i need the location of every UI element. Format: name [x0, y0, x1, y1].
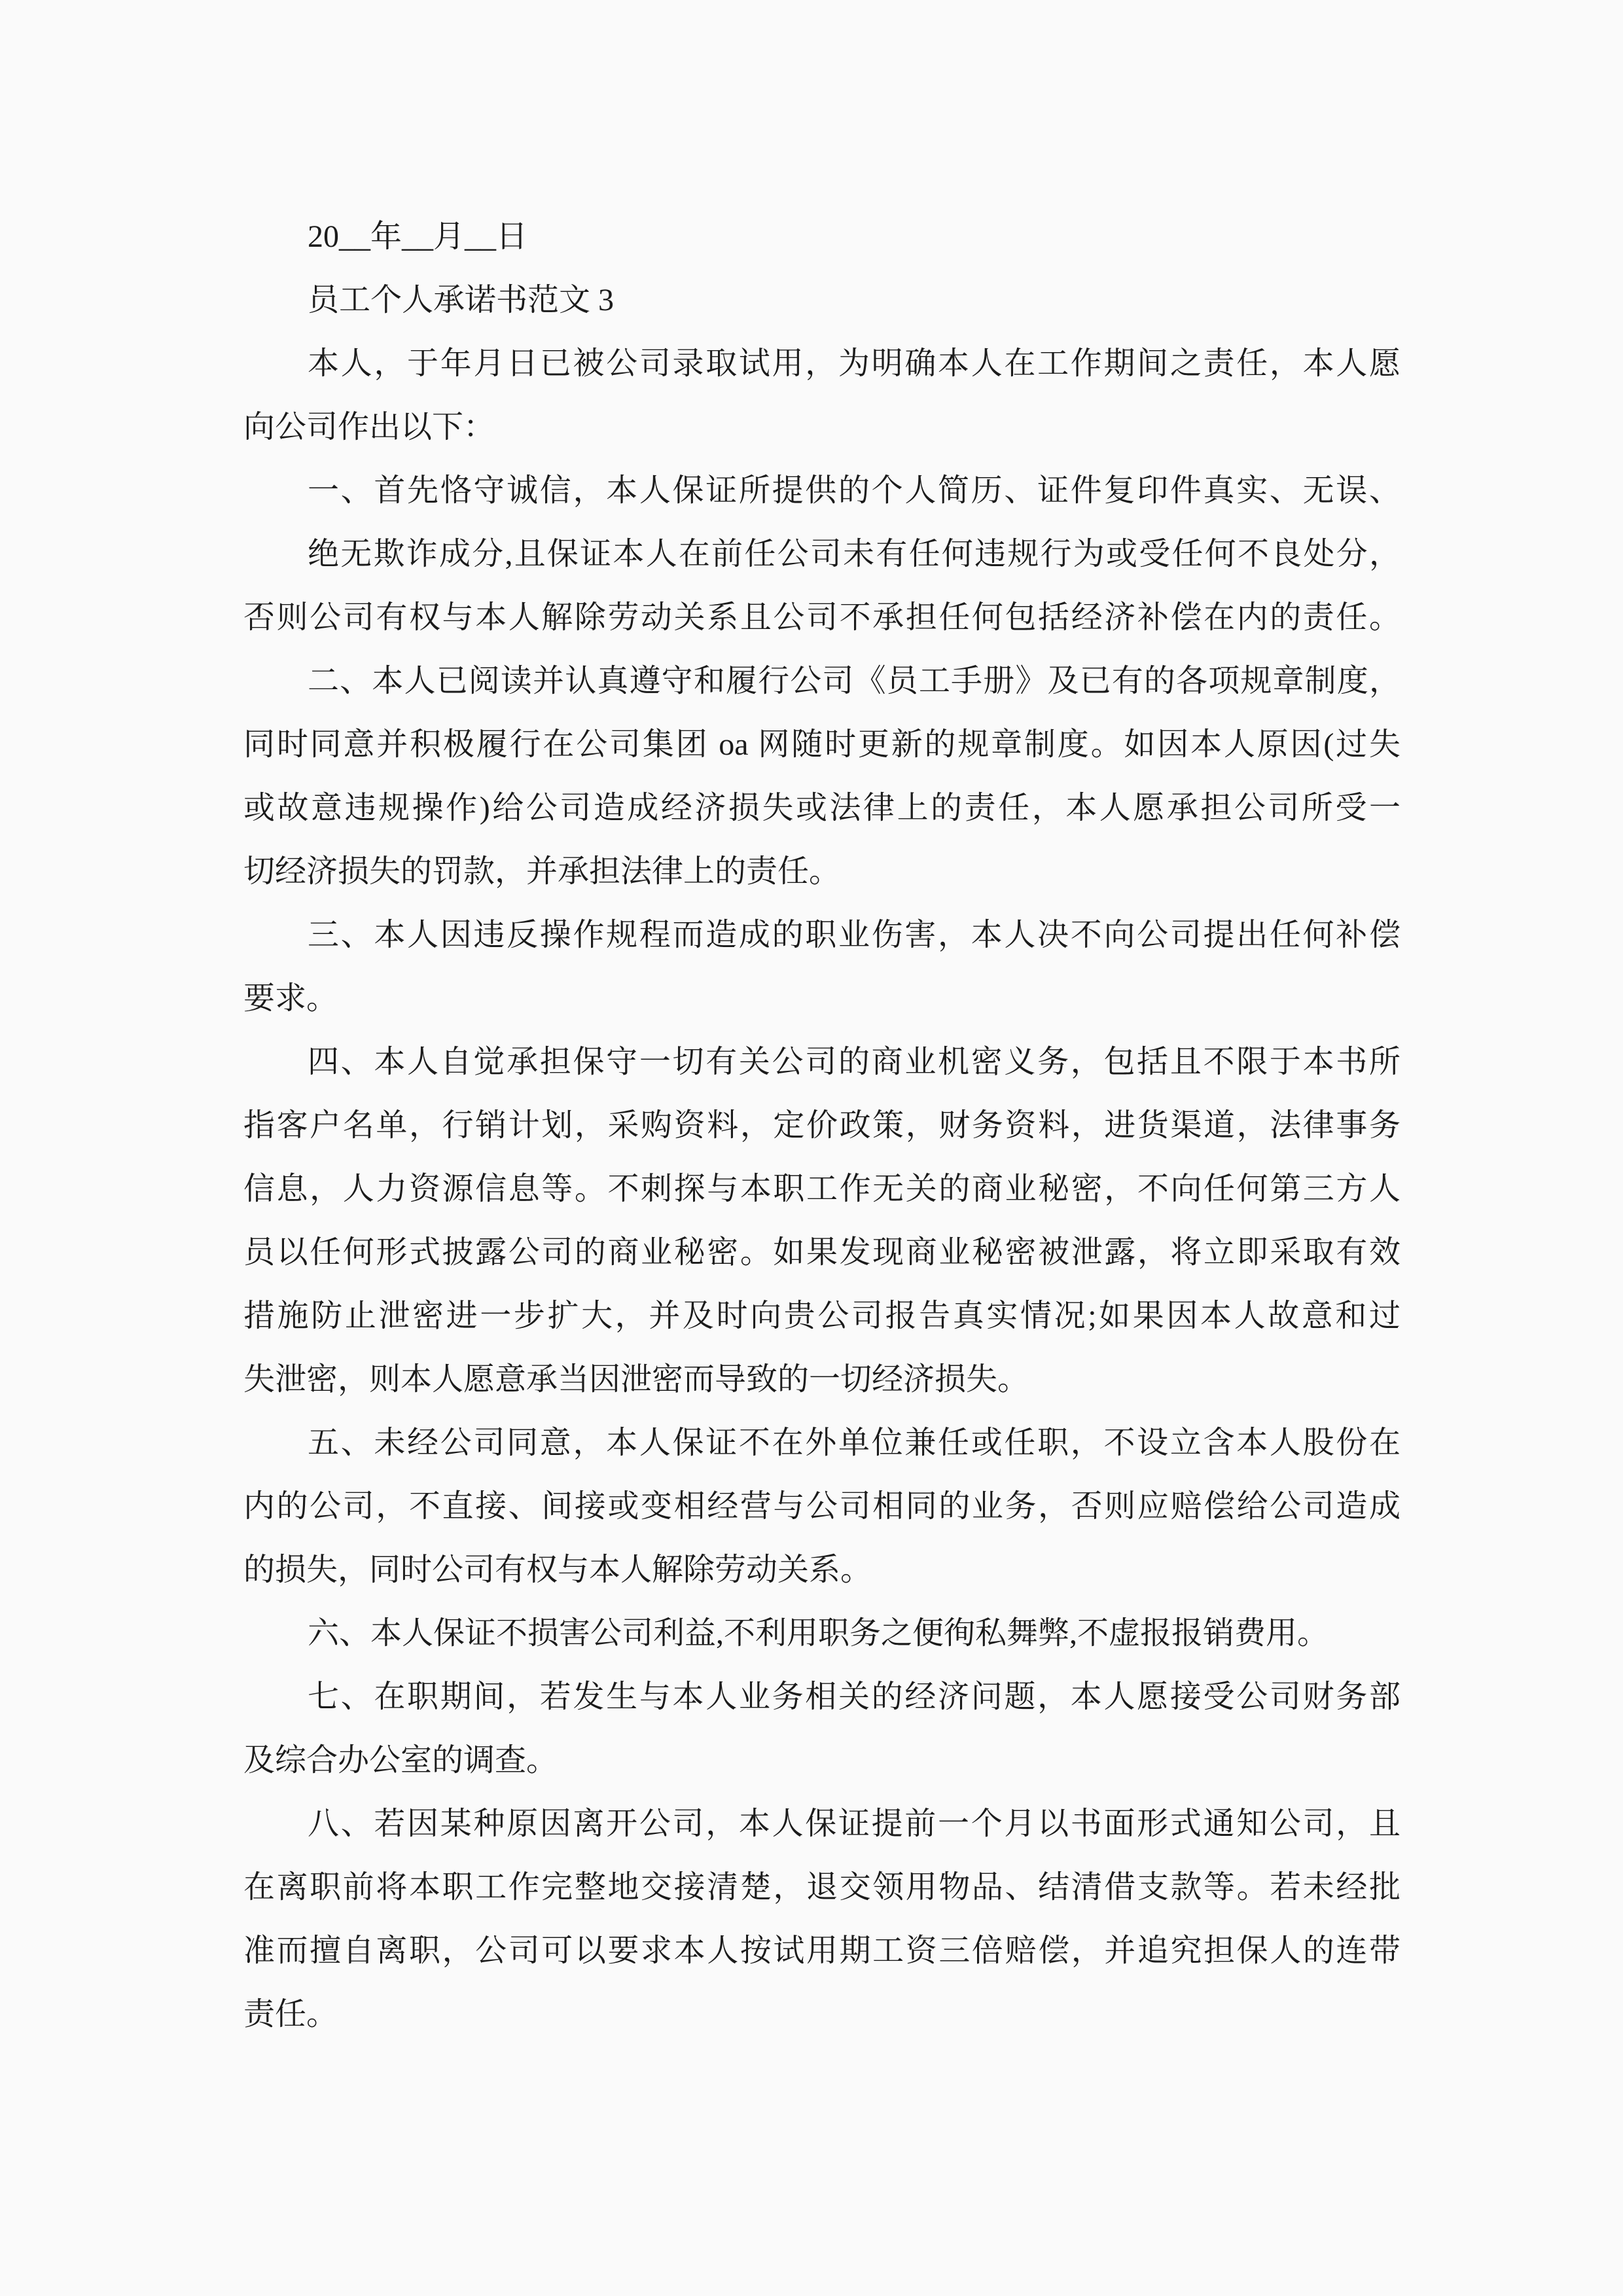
text-line: 要求。 [243, 967, 1400, 1030]
text-line: 在离职前将本职工作完整地交接清楚，退交领用物品、结清借支款等。若未经批 [243, 1856, 1400, 1919]
text-line: 措施防止泄密进一步扩大，并及时向贵公司报告真实情况;如果因本人故意和过 [243, 1284, 1400, 1348]
text-line: 或故意违规操作)给公司造成经济损失或法律上的责任，本人愿承担公司所受一 [243, 776, 1400, 840]
text-line: 内的公司，不直接、间接或变相经营与公司相同的业务，否则应赔偿给公司造成 [243, 1475, 1400, 1538]
text-line: 失泄密，则本人愿意承当因泄密而导致的一切经济损失。 [243, 1348, 1400, 1411]
text-line: 20__年__月__日 [243, 205, 1400, 268]
text-line: 准而擅自离职，公司可以要求本人按试用期工资三倍赔偿，并追究担保人的连带 [243, 1919, 1400, 1982]
text-line: 员工个人承诺书范文 3 [243, 268, 1400, 332]
text-line: 三、本人因违反操作规程而造成的职业伤害，本人决不向公司提出任何补偿 [243, 903, 1400, 967]
text-line: 绝无欺诈成分,且保证本人在前任公司未有任何违规行为或受任何不良处分， [243, 522, 1400, 586]
text-line: 切经济损失的罚款，并承担法律上的责任。 [243, 840, 1400, 903]
text-line: 六、本人保证不损害公司利益,不利用职务之便徇私舞弊,不虚报报销费用。 [243, 1602, 1400, 1665]
text-line: 的损失，同时公司有权与本人解除劳动关系。 [243, 1538, 1400, 1602]
text-line: 信息，人力资源信息等。不刺探与本职工作无关的商业秘密，不向任何第三方人 [243, 1157, 1400, 1221]
text-line: 责任。 [243, 1982, 1400, 2046]
text-line: 四、本人自觉承担保守一切有关公司的商业机密义务，包括且不限于本书所 [243, 1030, 1400, 1094]
text-line: 八、若因某种原因离开公司，本人保证提前一个月以书面形式通知公司，且 [243, 1792, 1400, 1856]
text-line: 同时同意并积极履行在公司集团 oa 网随时更新的规章制度。如因本人原因(过失 [243, 713, 1400, 776]
text-line: 指客户名单，行销计划，采购资料，定价政策，财务资料，进货渠道，法律事务 [243, 1094, 1400, 1157]
text-line: 一、首先恪守诚信，本人保证所提供的个人简历、证件复印件真实、无误、 [243, 459, 1400, 522]
document-text-column: 20__年__月__日员工个人承诺书范文 3本人，于年月日已被公司录取试用，为明… [243, 205, 1400, 2046]
text-line: 员以任何形式披露公司的商业秘密。如果发现商业秘密被泄露，将立即采取有效 [243, 1221, 1400, 1284]
text-line: 本人，于年月日已被公司录取试用，为明确本人在工作期间之责任，本人愿 [243, 332, 1400, 395]
text-line: 否则公司有权与本人解除劳动关系且公司不承担任何包括经济补偿在内的责任。 [243, 586, 1400, 649]
text-line: 及综合办公室的调查。 [243, 1729, 1400, 1792]
text-line: 五、未经公司同意，本人保证不在外单位兼任或任职，不设立含本人股份在 [243, 1411, 1400, 1475]
document-page: 20__年__月__日员工个人承诺书范文 3本人，于年月日已被公司录取试用，为明… [0, 0, 1623, 2296]
text-line: 向公司作出以下： [243, 395, 1400, 459]
text-line: 七、在职期间，若发生与本人业务相关的经济问题，本人愿接受公司财务部 [243, 1665, 1400, 1729]
text-line: 二、本人已阅读并认真遵守和履行公司《员工手册》及已有的各项规章制度， [243, 649, 1400, 713]
